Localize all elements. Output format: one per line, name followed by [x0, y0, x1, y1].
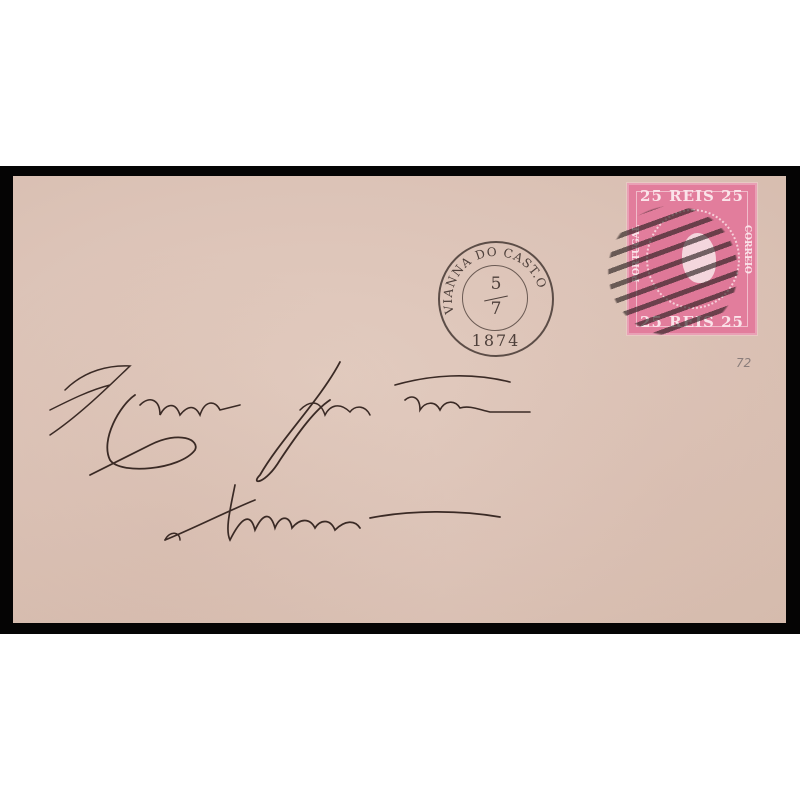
postmark-year: 1874 [440, 331, 552, 350]
circular-postmark: VIANNA DO CAST.O 5 7 1874 [438, 241, 554, 357]
handwritten-address: Sr. Custo. Jose Ferre Moncao [30, 360, 590, 580]
postmark-day: 5 [440, 274, 552, 294]
pencil-note: 72 [736, 356, 751, 370]
address-line-2: Moncao [30, 360, 34, 361]
postmark-month: 7 [440, 299, 552, 319]
barred-cancel-mark [598, 196, 748, 346]
